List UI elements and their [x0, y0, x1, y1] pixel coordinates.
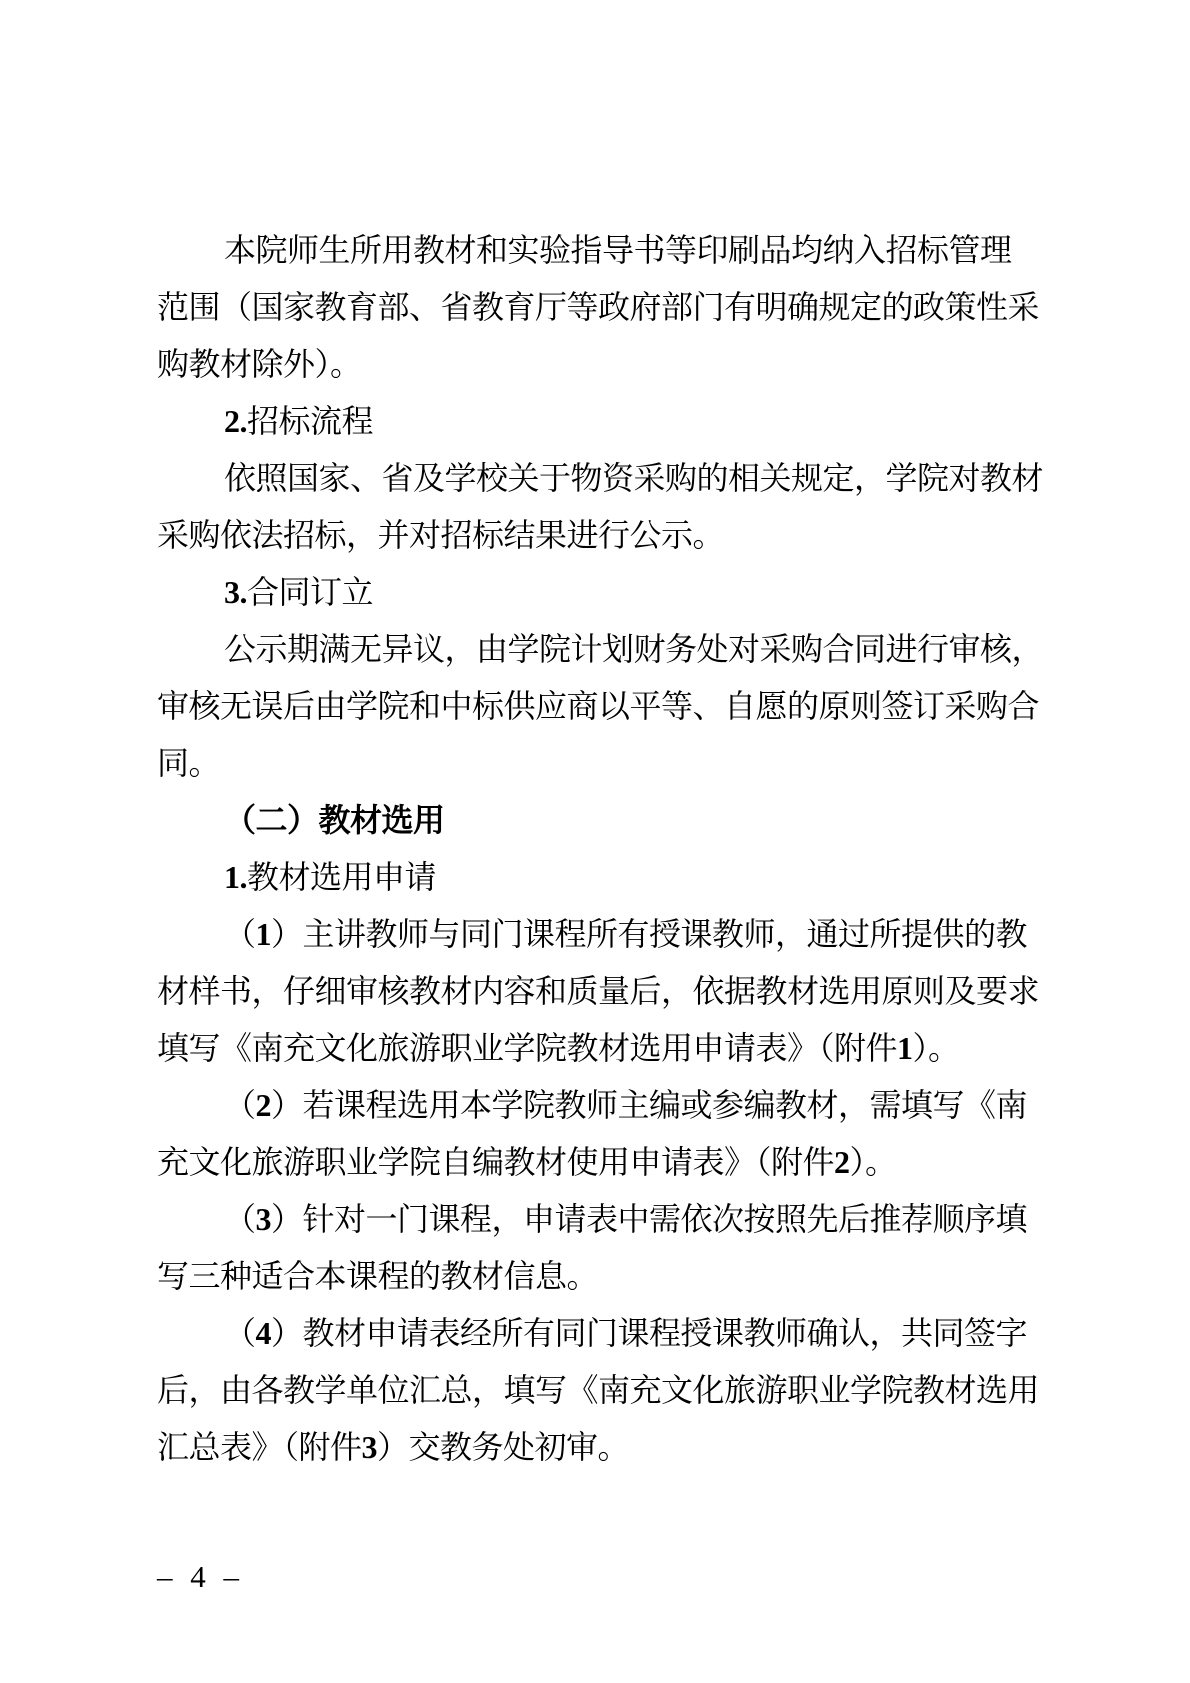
text-line: 汇总表》（附件3）交教务处初审。	[157, 1419, 1047, 1476]
text-run: 范围（国家教育部、省教育厅等政府部门有明确规定的政策性采	[157, 289, 1039, 325]
text-run: 后，由各教学单位汇总，填写《南充文化旅游职业学院教材选用	[157, 1372, 1039, 1408]
document-page: 本院师生所用教材和实验指导书等印刷品均纳入招标管理范围（国家教育部、省教育厅等政…	[0, 0, 1190, 1683]
text-run: 招标流程	[247, 403, 373, 439]
text-run: ）交教务处初审。	[377, 1429, 629, 1465]
text-line: 后，由各教学单位汇总，填写《南充文化旅游职业学院教材选用	[157, 1362, 1047, 1419]
text-run: 合同订立	[247, 574, 373, 610]
text-line: 购教材除外）。	[157, 336, 1047, 393]
bold-number-run: 2	[834, 1144, 850, 1180]
text-run: 填写《南充文化旅游职业学院教材选用申请表》（附件	[157, 1030, 897, 1066]
text-run: 审核无误后由学院和中标供应商以平等、自愿的原则签订采购合	[157, 688, 1039, 724]
text-run: ）教材申请表经所有同门课程授课教师确认，共同签字	[271, 1315, 1027, 1351]
text-line: 1.教材选用申请	[157, 849, 1047, 906]
text-line: 充文化旅游职业学院自编教材使用申请表》（附件2）。	[157, 1134, 1047, 1191]
text-run: （二）教材选用	[224, 802, 445, 838]
text-run: 教材选用申请	[247, 859, 436, 895]
text-run: 本院师生所用教材和实验指导书等印刷品均纳入招标管理	[224, 232, 1012, 268]
bold-number-run: 3.	[224, 574, 247, 610]
text-run: 依照国家、省及学校关于物资采购的相关规定，学院对教材	[224, 460, 1043, 496]
text-run: （	[224, 916, 256, 952]
text-line: （2）若课程选用本学院教师主编或参编教材，需填写《南	[157, 1077, 1047, 1134]
text-run: （	[224, 1315, 256, 1351]
text-run: （	[224, 1087, 256, 1123]
page-number: – 4 –	[157, 1556, 244, 1598]
bold-number-run: 1	[256, 916, 272, 952]
text-line: 同。	[157, 735, 1047, 792]
text-run: 汇总表》（附件	[157, 1429, 362, 1465]
text-run: ）针对一门课程，申请表中需依次按照先后推荐顺序填	[271, 1201, 1027, 1237]
text-run: 写三种适合本课程的教材信息。	[157, 1258, 598, 1294]
text-run: ）若课程选用本学院教师主编或参编教材，需填写《南	[271, 1087, 1027, 1123]
text-run: 材样书，仔细审核教材内容和质量后，依据教材选用原则及要求	[157, 973, 1039, 1009]
text-run: 充文化旅游职业学院自编教材使用申请表》（附件	[157, 1144, 834, 1180]
text-run: （	[224, 1201, 256, 1237]
bold-number-run: 1.	[224, 859, 247, 895]
text-line: 审核无误后由学院和中标供应商以平等、自愿的原则签订采购合	[157, 678, 1047, 735]
text-run: 采购依法招标，并对招标结果进行公示。	[157, 517, 724, 553]
text-line: 2.招标流程	[157, 393, 1047, 450]
bold-number-run: 4	[256, 1315, 272, 1351]
bold-number-run: 2.	[224, 403, 247, 439]
text-line: （二）教材选用	[157, 792, 1047, 849]
text-run: ）。	[850, 1144, 897, 1180]
text-line: 材样书，仔细审核教材内容和质量后，依据教材选用原则及要求	[157, 963, 1047, 1020]
text-run: ）。	[913, 1030, 960, 1066]
text-block: 本院师生所用教材和实验指导书等印刷品均纳入招标管理范围（国家教育部、省教育厅等政…	[157, 222, 1047, 1476]
bold-number-run: 2	[256, 1087, 272, 1123]
text-run: 购教材除外）。	[157, 346, 362, 382]
bold-number-run: 1	[897, 1030, 913, 1066]
text-line: 范围（国家教育部、省教育厅等政府部门有明确规定的政策性采	[157, 279, 1047, 336]
text-line: 写三种适合本课程的教材信息。	[157, 1248, 1047, 1305]
text-line: （1）主讲教师与同门课程所有授课教师，通过所提供的教	[157, 906, 1047, 963]
bold-number-run: 3	[362, 1429, 378, 1465]
text-run: 公示期满无异议，由学院计划财务处对采购合同进行审核，	[224, 631, 1043, 667]
text-line: 依照国家、省及学校关于物资采购的相关规定，学院对教材	[157, 450, 1047, 507]
text-line: （3）针对一门课程，申请表中需依次按照先后推荐顺序填	[157, 1191, 1047, 1248]
text-run: 同。	[157, 745, 220, 781]
text-line: （4）教材申请表经所有同门课程授课教师确认，共同签字	[157, 1305, 1047, 1362]
text-line: 填写《南充文化旅游职业学院教材选用申请表》（附件1）。	[157, 1020, 1047, 1077]
bold-number-run: 3	[256, 1201, 272, 1237]
text-line: 采购依法招标，并对招标结果进行公示。	[157, 507, 1047, 564]
text-run: ）主讲教师与同门课程所有授课教师，通过所提供的教	[271, 916, 1027, 952]
text-line: 本院师生所用教材和实验指导书等印刷品均纳入招标管理	[157, 222, 1047, 279]
text-line: 公示期满无异议，由学院计划财务处对采购合同进行审核，	[157, 621, 1047, 678]
text-line: 3.合同订立	[157, 564, 1047, 621]
